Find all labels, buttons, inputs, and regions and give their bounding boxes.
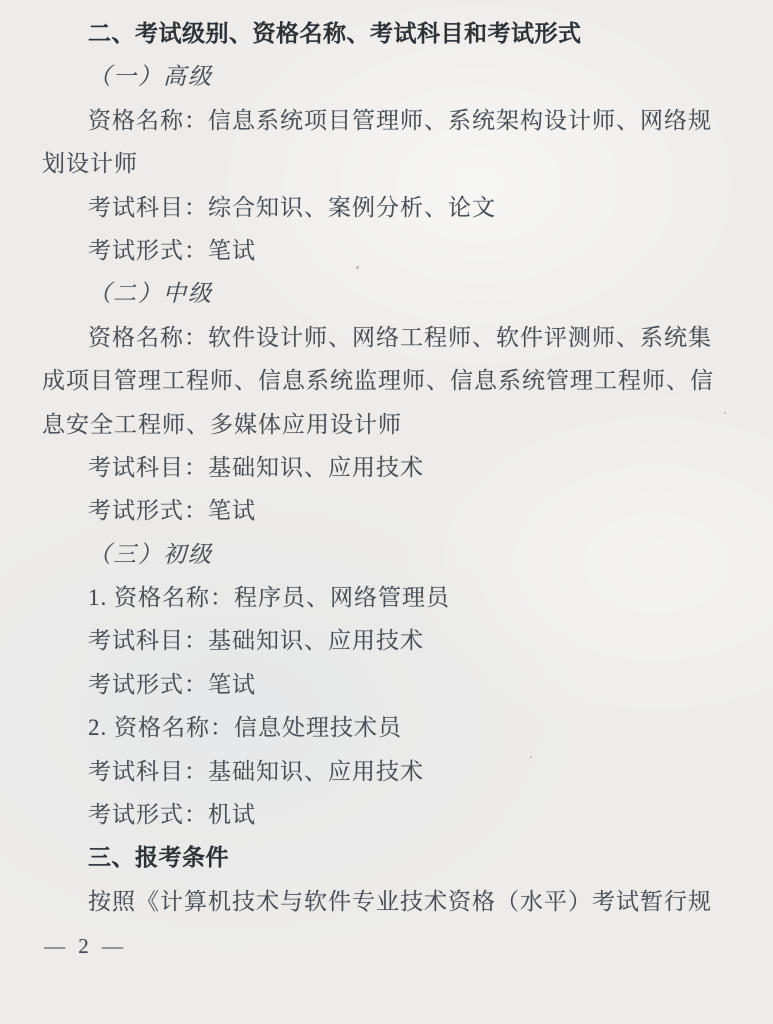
body-text-line: 资格名称：信息系统项目管理师、系统架构设计师、网络规	[42, 99, 742, 142]
level-subheading: （二）中级	[42, 272, 742, 315]
section-heading: 二、考试级别、资格名称、考试科目和考试形式	[42, 12, 742, 55]
body-text-line: 考试科目：基础知识、应用技术	[42, 446, 742, 489]
page-number: — 2 —	[44, 934, 127, 959]
body-text-line: 按照《计算机技术与软件专业技术资格（水平）考试暂行规	[42, 880, 742, 923]
scanned-document-page: 二、考试级别、资格名称、考试科目和考试形式（一）高级资格名称：信息系统项目管理师…	[0, 0, 773, 1024]
level-subheading: （一）高级	[42, 55, 742, 98]
body-text-line: 考试形式：笔试	[42, 663, 742, 706]
body-text-line: 划设计师	[42, 142, 742, 185]
document-body: 二、考试级别、资格名称、考试科目和考试形式（一）高级资格名称：信息系统项目管理师…	[42, 12, 742, 923]
body-text-line: 考试形式：笔试	[42, 489, 742, 532]
body-text-line: 考试形式：机试	[42, 793, 742, 836]
level-subheading: （三）初级	[42, 533, 742, 576]
body-text-line: 考试形式：笔试	[42, 229, 742, 272]
body-text-line: 1. 资格名称：程序员、网络管理员	[42, 576, 742, 619]
body-text-line: 2. 资格名称：信息处理技术员	[42, 706, 742, 749]
section-heading: 三、报考条件	[42, 836, 742, 879]
body-text-line: 息安全工程师、多媒体应用设计师	[42, 403, 742, 446]
body-text-line: 考试科目：基础知识、应用技术	[42, 619, 742, 662]
scan-speck	[356, 266, 359, 269]
scan-speck	[530, 756, 532, 758]
body-text-line: 考试科目：综合知识、案例分析、论文	[42, 186, 742, 229]
scan-speck	[724, 412, 726, 414]
body-text-line: 资格名称：软件设计师、网络工程师、软件评测师、系统集	[42, 316, 742, 359]
body-text-line: 成项目管理工程师、信息系统监理师、信息系统管理工程师、信	[42, 359, 742, 402]
body-text-line: 考试科目：基础知识、应用技术	[42, 750, 742, 793]
